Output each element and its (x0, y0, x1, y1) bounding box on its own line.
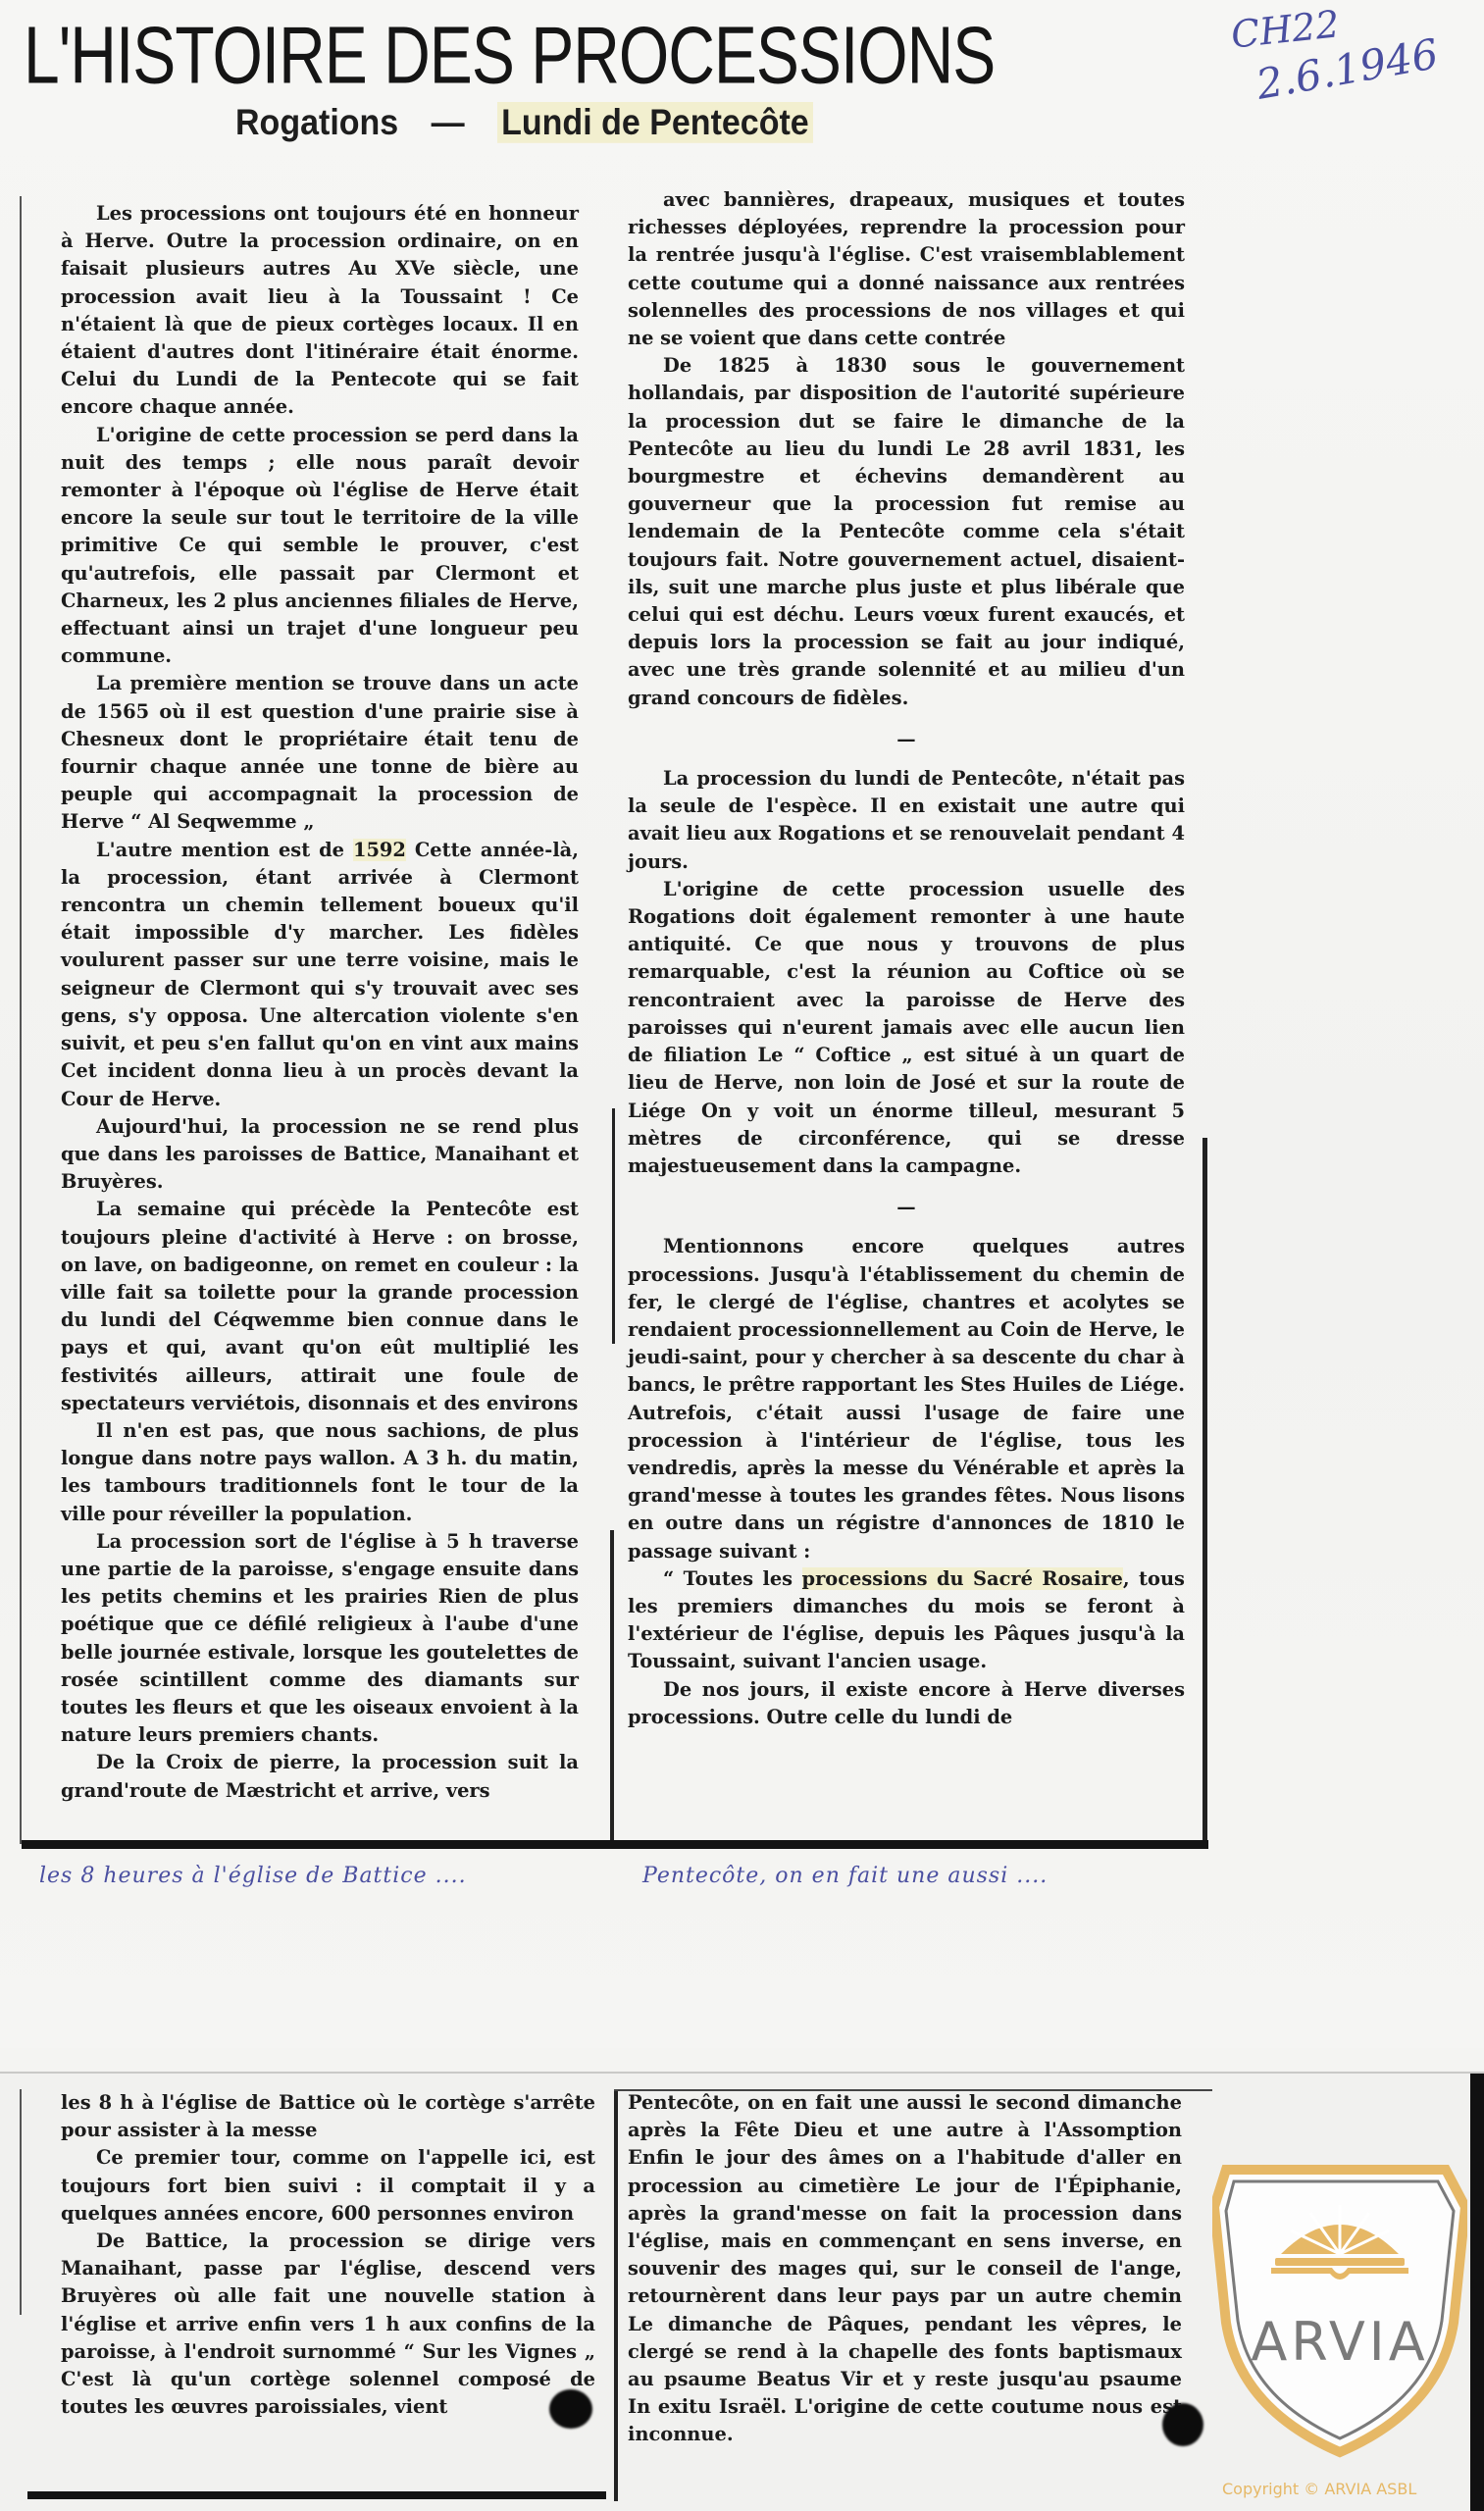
highlighted-text: 1592 (353, 839, 406, 861)
clipping-bottom-rule-lower (27, 2491, 606, 2499)
paragraph: La première mention se trouve dans un ac… (61, 670, 579, 836)
paragraph: De nos jours, il existe encore à Herve d… (628, 1676, 1185, 1731)
paragraph: les 8 h à l'église de Battice où le cort… (61, 2089, 595, 2144)
column-2: avec bannières, drapeaux, musiques et to… (628, 186, 1185, 1731)
column-4-top-rule (614, 2089, 1212, 2091)
paragraph: La procession sort de l'église à 5 h tra… (61, 1528, 579, 1750)
column-3: les 8 h à l'église de Battice où le cort… (61, 2089, 595, 2421)
copyright-notice: Copyright © ARVIA ASBL (1222, 2480, 1477, 2498)
paragraph: De la Croix de pierre, la procession sui… (61, 1749, 579, 1804)
paragraph: Pentecôte, on en fait une aussi le secon… (628, 2089, 1182, 2449)
shield-icon (1212, 2156, 1467, 2460)
column-rule-right (1203, 1138, 1207, 1844)
arvia-logo: ARVIA (1212, 2156, 1467, 2460)
headline: L'HISTOIRE DES PROCESSIONS (24, 8, 1201, 101)
paragraph: L'origine de cette procession usuelle de… (628, 876, 1185, 1180)
column-rule-left-lower (20, 2089, 22, 2315)
section-separator: — (628, 726, 1185, 753)
ink-smudge (1162, 2403, 1203, 2446)
paragraph: Mentionnons encore quelques autres proce… (628, 1233, 1185, 1564)
paragraph: L'autre mention est de 1592 Cette année-… (61, 837, 579, 1113)
subtitle: Rogations — Lundi de Pentecôte (235, 102, 1020, 144)
paragraph: Les processions ont toujours été en honn… (61, 200, 579, 422)
section-separator: — (628, 1194, 1185, 1221)
clipping-bottom-rule (22, 1840, 1208, 1849)
ink-smudge (549, 2389, 592, 2429)
column-rule-middle-upper (612, 1108, 615, 1344)
handwritten-continuation-right: Pentecôte, on en fait une aussi .... (642, 1864, 1048, 1888)
paragraph: “ Toutes les processions du Sacré Rosair… (628, 1565, 1185, 1676)
paragraph: Il n'en est pas, que nous sachions, de p… (61, 1417, 579, 1528)
column-rule-middle (610, 1530, 614, 1844)
column-rule-left (20, 196, 22, 1844)
column-4: Pentecôte, on en fait une aussi le secon… (628, 2089, 1182, 2449)
column-rule-middle-lower (614, 2089, 618, 2501)
paragraph: L'origine de cette procession se perd da… (61, 422, 579, 671)
paragraph: Ce premier tour, comme on l'appelle ici,… (61, 2144, 595, 2228)
subtitle-dash: — (432, 102, 465, 143)
subtitle-pentecote: Lundi de Pentecôte (497, 102, 813, 143)
paragraph: La semaine qui précède la Pentecôte est … (61, 1196, 579, 1417)
paragraph: De Battice, la procession se dirige vers… (61, 2228, 595, 2421)
subtitle-rogations: Rogations (235, 102, 398, 143)
logo-text: ARVIA (1212, 2311, 1467, 2373)
paragraph: Aujourd'hui, la procession ne se rend pl… (61, 1113, 579, 1197)
paragraph: avec bannières, drapeaux, musiques et to… (628, 186, 1185, 352)
column-1: Les processions ont toujours été en honn… (61, 200, 579, 1805)
highlighted-text: processions du Sacré Rosaire (802, 1567, 1123, 1590)
paragraph: De 1825 à 1830 sous le gouvernement holl… (628, 352, 1185, 712)
paragraph: La procession du lundi de Pentecôte, n'é… (628, 765, 1185, 876)
handwritten-continuation-left: les 8 heures à l'église de Battice .... (39, 1864, 467, 1888)
